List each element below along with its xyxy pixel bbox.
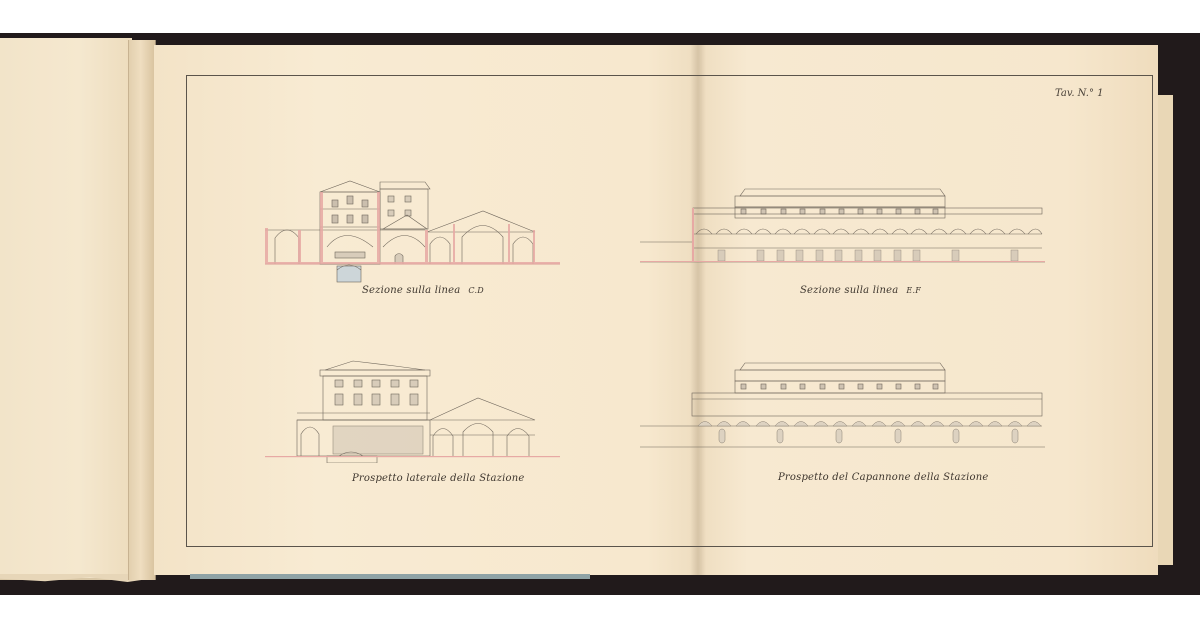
drawing-frame-border [186,75,1153,547]
plate-number: Tav. N.° 1 [1055,88,1104,99]
left-flyleaf-page [0,38,132,580]
caption-lateral-elevation-text: Prospetto laterale della Stazione [352,473,524,484]
caption-section-ef: Sezione sulla lineaE.F [800,285,921,296]
section-cd-drawing [265,172,560,284]
caption-section-cd-suffix: C.D [468,286,483,295]
caption-section-cd-text: Sezione sulla linea [362,285,460,296]
section-ef-drawing [640,172,1045,267]
caption-section-ef-suffix: E.F [906,286,921,295]
blue-binding-strip [190,574,590,579]
caption-shed-elevation: Prospetto del Capannone della Stazione [778,472,988,483]
caption-section-ef-text: Sezione sulla linea [800,285,898,296]
caption-section-cd: Sezione sulla lineaC.D [362,285,484,296]
caption-lateral-elevation: Prospetto laterale della Stazione [352,473,524,484]
flyleaf-fold-edge [128,40,156,580]
caption-shed-elevation-text: Prospetto del Capannone della Stazione [778,472,988,483]
shed-elevation-drawing [640,355,1045,450]
lateral-elevation-drawing [265,358,560,463]
